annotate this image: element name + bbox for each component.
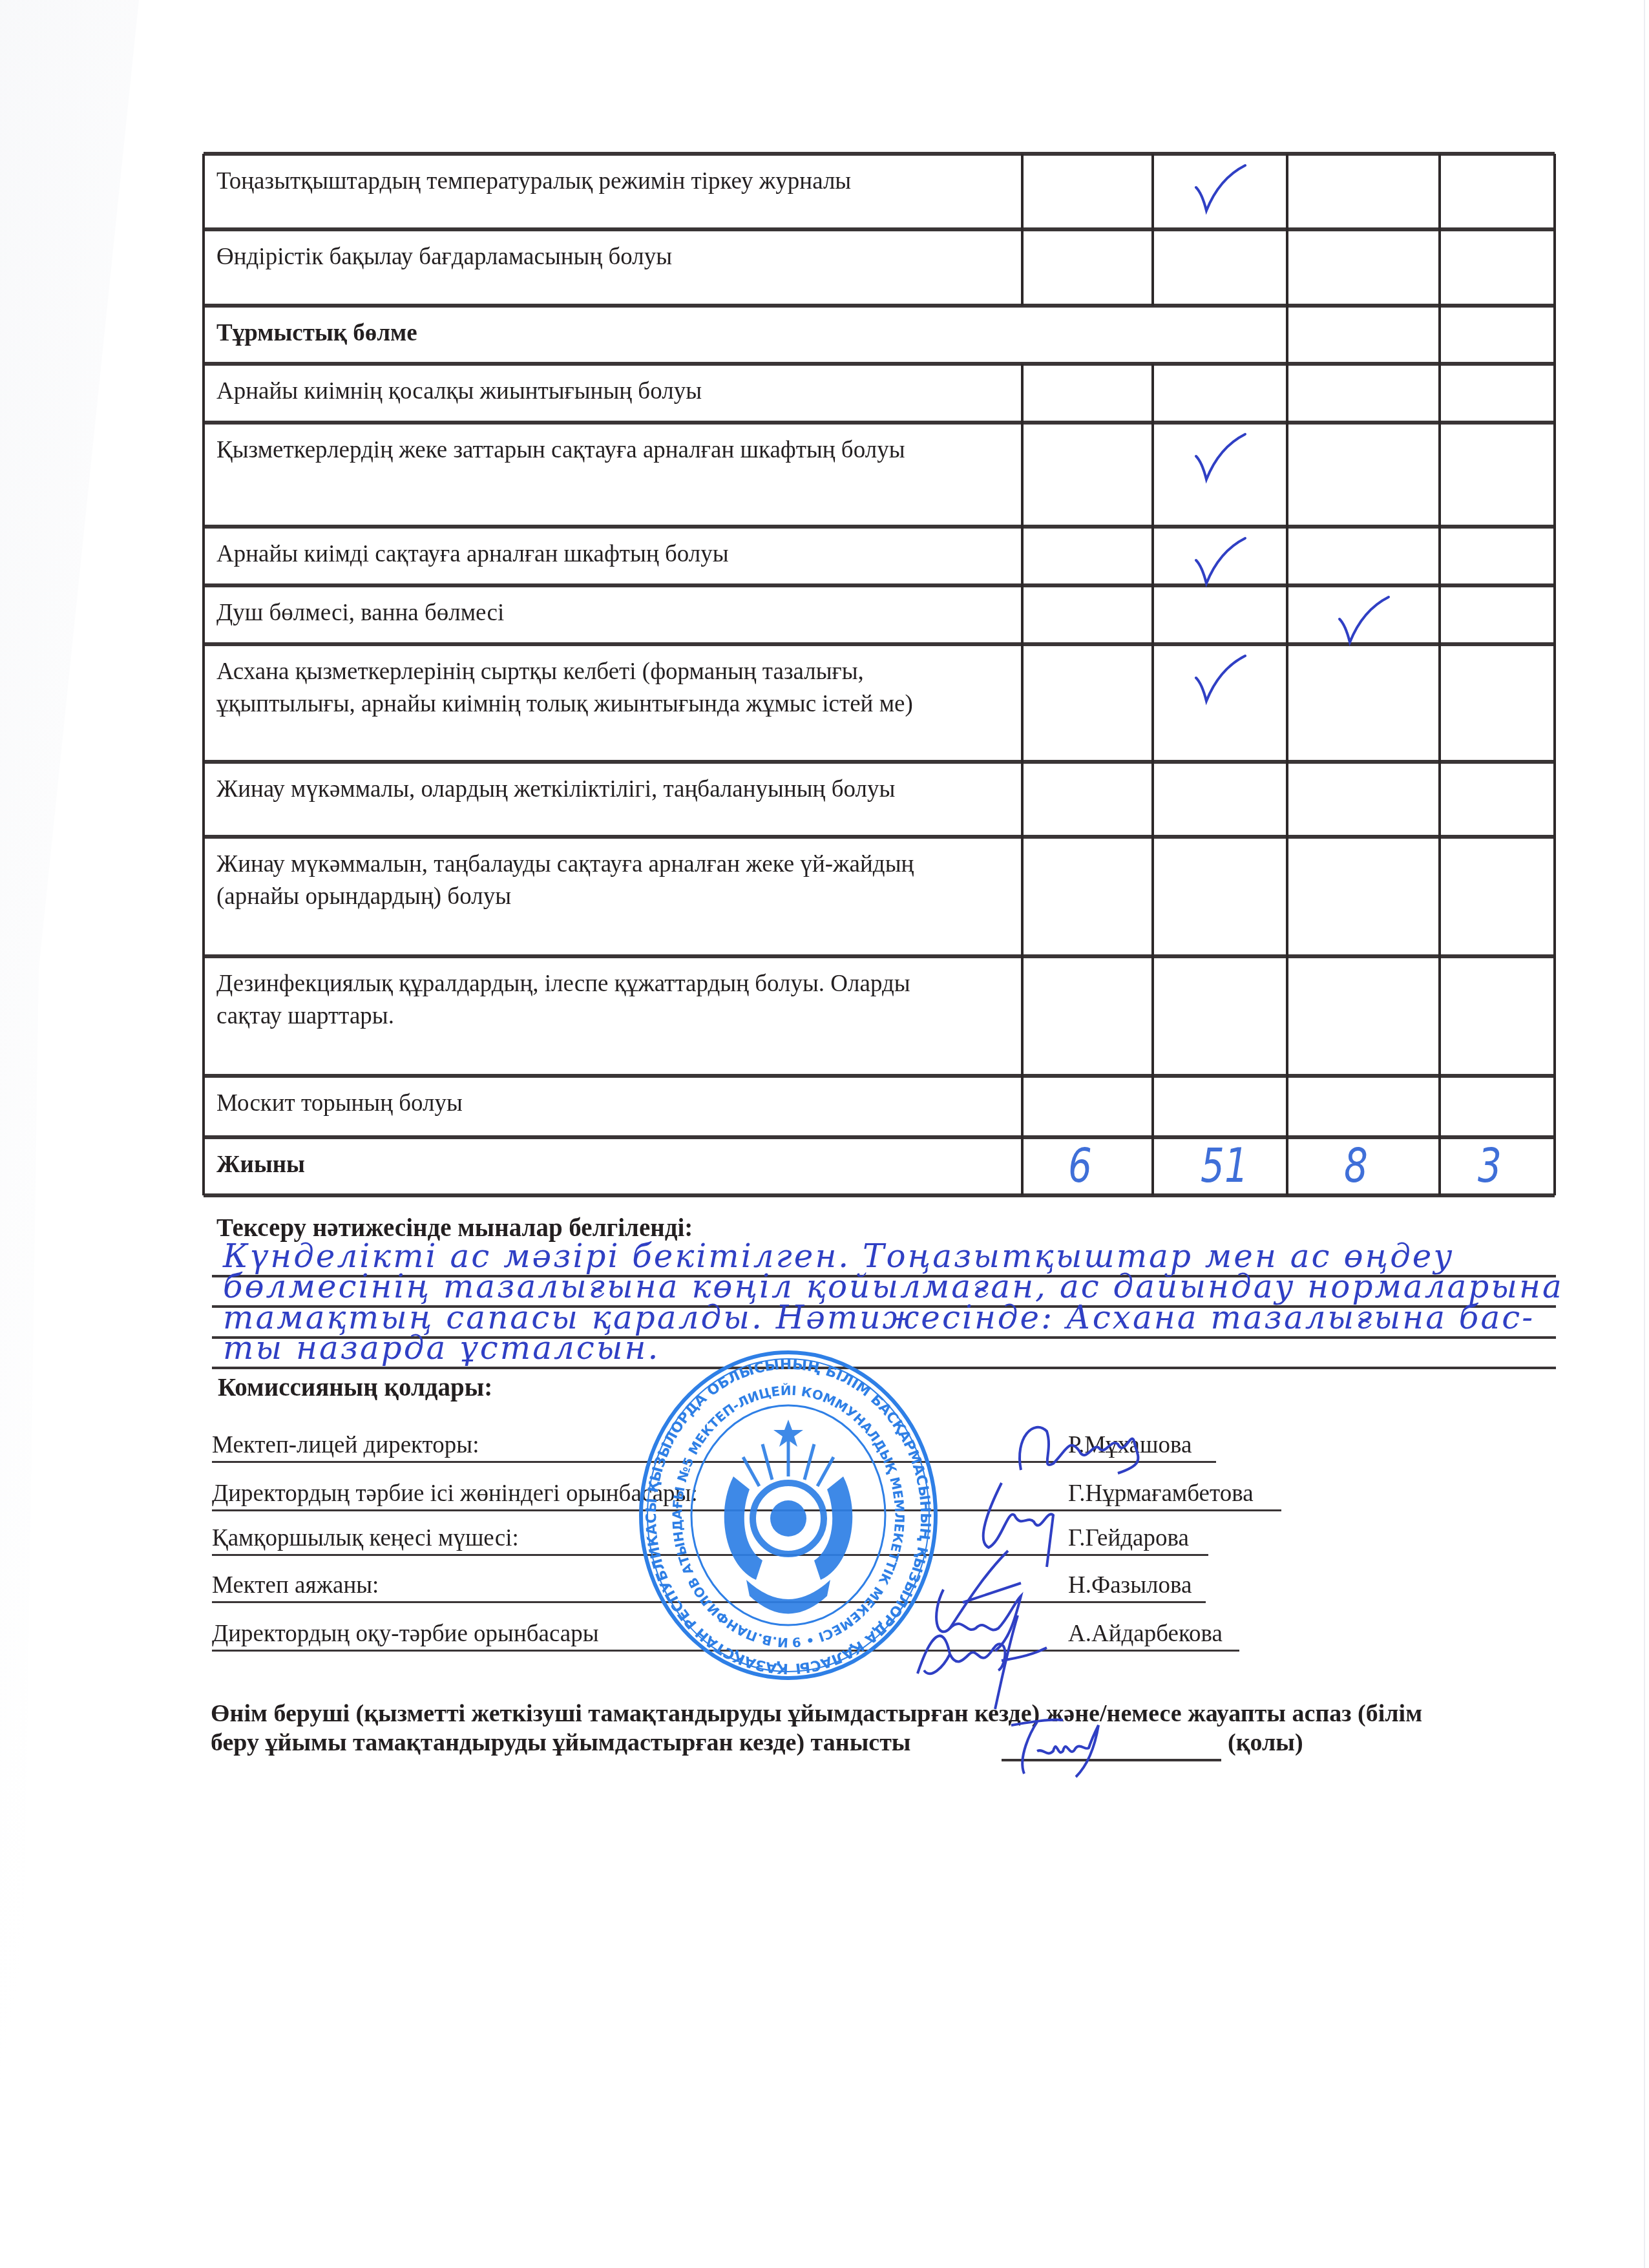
mark-cell[interactable] (1022, 1076, 1153, 1137)
checklist-item-label: Өндірістік бақылау бағдарламасының болуы (216, 241, 1011, 273)
mark-cell[interactable] (1153, 154, 1287, 229)
mark-cell[interactable] (1287, 229, 1440, 306)
checklist-item-label: Жинау мүкәммалы, олардың жеткіліктілігі,… (216, 773, 1011, 806)
total-value: 3 (1478, 1139, 1502, 1193)
table-column-border (202, 527, 205, 585)
mark-cell[interactable] (1153, 956, 1287, 1076)
mark-cell[interactable] (1440, 364, 1555, 423)
mark-cell[interactable] (1440, 229, 1555, 306)
table-column-border (202, 837, 205, 956)
mark-cell[interactable] (1287, 837, 1440, 956)
mark-cell[interactable] (1440, 423, 1555, 527)
table-column-border (202, 229, 205, 306)
checkmark-icon (1334, 594, 1392, 646)
checklist-item-label: Асхана қызметкерлерінің сыртқы келбеті (… (216, 656, 1011, 720)
table-column-border (202, 364, 205, 423)
mark-cell[interactable] (1022, 229, 1153, 306)
table-column-border (202, 1137, 205, 1195)
mark-cell[interactable] (1440, 956, 1555, 1076)
inspection-checklist-table: Тоңазытқыштардың температуралық режимін … (204, 154, 1555, 1195)
checklist-item-label: Қызметкерлердің жеке заттарын сақтауға а… (216, 434, 1011, 467)
table-column-border (202, 154, 205, 229)
mark-cell[interactable] (1022, 837, 1153, 956)
mark-cell[interactable] (1022, 762, 1153, 837)
mark-cell[interactable] (1287, 154, 1440, 229)
mark-cell[interactable] (1153, 527, 1287, 585)
checklist-item-label: Москит торының болуы (216, 1087, 1011, 1120)
table-column-border (202, 956, 205, 1076)
official-round-stamp: ҚАЗАҚСТАН РЕСПУБЛИКАСЫ ҚЫЗЫЛОРДА ОБЛЫСЫН… (636, 1347, 940, 1683)
mark-cell[interactable] (1153, 364, 1287, 423)
mark-cell[interactable] (1022, 585, 1153, 644)
footer-acknowledgement-line2: беру ұйымы тамақтандыруды ұйымдастырған … (211, 1728, 911, 1757)
mark-cell[interactable] (1153, 762, 1287, 837)
mark-cell[interactable] (1287, 1076, 1440, 1137)
table-column-border (1438, 1137, 1441, 1195)
table-column-border (1553, 1137, 1556, 1195)
commission-role: Мектеп аяжаны: (212, 1571, 379, 1599)
checkmark-icon (1191, 163, 1249, 215)
total-value: 6 (1068, 1139, 1092, 1193)
total-label: Жиыны (216, 1149, 1011, 1181)
mark-cell[interactable] (1022, 527, 1153, 585)
mark-cell[interactable] (1287, 423, 1440, 527)
commission-role: Директордың оқу-тәрбие орынбасары (212, 1620, 599, 1648)
section-header: Тұрмыстық бөлме (216, 317, 1011, 350)
mark-cell[interactable] (1153, 229, 1287, 306)
table-column-border (1286, 1137, 1288, 1195)
table-column-border (202, 1076, 205, 1137)
mark-cell[interactable] (1153, 837, 1287, 956)
commission-role: Мектеп-лицей директоры: (212, 1431, 479, 1459)
mark-cell[interactable] (1022, 364, 1153, 423)
checkmark-icon (1191, 432, 1249, 483)
checkmark-icon (1191, 536, 1249, 587)
mark-cell[interactable] (1153, 644, 1287, 762)
table-column-border (202, 585, 205, 644)
footer-signature-caption: (қолы) (1228, 1728, 1303, 1757)
mark-cell[interactable] (1287, 527, 1440, 585)
mark-cell[interactable] (1287, 956, 1440, 1076)
commission-heading: Комиссияның қолдары: (218, 1373, 492, 1402)
commission-member-name: А.Айдарбекова (1068, 1620, 1223, 1648)
mark-cell[interactable] (1287, 364, 1440, 423)
footer-acknowledgement-line1: Өнім беруші (қызметті жеткізуші тамақтан… (211, 1699, 1422, 1728)
mark-cell[interactable] (1440, 644, 1555, 762)
mark-cell[interactable] (1287, 762, 1440, 837)
mark-cell[interactable] (1440, 527, 1555, 585)
table-column-border (202, 762, 205, 837)
checklist-item-label: Жинау мүкәммалын, таңбалауды сақтауға ар… (216, 848, 1011, 913)
checklist-item-label: Тоңазытқыштардың температуралық режимін … (216, 165, 1011, 198)
table-column-border (202, 644, 205, 762)
mark-cell[interactable] (1153, 423, 1287, 527)
mark-cell[interactable] (1440, 1076, 1555, 1137)
handwritten-observation: ты назарда ұсталсын. (223, 1329, 660, 1367)
commission-role: Қамқоршылық кеңесі мүшесі: (212, 1524, 519, 1552)
total-value: 51 (1201, 1139, 1248, 1193)
mark-cell[interactable] (1440, 762, 1555, 837)
mark-cell[interactable] (1022, 423, 1153, 527)
mark-cell[interactable] (1287, 585, 1440, 644)
scan-edge (1644, 0, 1645, 2268)
commission-role: Директордың тәрбие ісі жөніндегі орынбас… (212, 1480, 698, 1507)
table-column-border (1021, 1137, 1024, 1195)
mark-cell[interactable] (1153, 1076, 1287, 1137)
mark-cell[interactable] (1440, 837, 1555, 956)
checkmark-icon (1191, 653, 1249, 705)
checklist-item-label: Дезинфекциялық құралдардың, ілеспе құжат… (216, 968, 1011, 1033)
mark-cell[interactable] (1022, 644, 1153, 762)
table-column-border (1151, 1137, 1154, 1195)
mark-cell[interactable] (1153, 585, 1287, 644)
table-column-border (202, 306, 205, 364)
stamp-emblem-icon: ҚАЗАҚСТАН РЕСПУБЛИКАСЫ ҚЫЗЫЛОРДА ОБЛЫСЫН… (636, 1347, 940, 1683)
table-row-border (204, 1193, 1555, 1197)
mark-cell[interactable] (1287, 644, 1440, 762)
mark-cell[interactable] (1022, 154, 1153, 229)
footer-line2-prefix: беру ұйымы тамақтандыруды ұйымдастырған … (211, 1729, 911, 1756)
signature-cook (998, 1712, 1128, 1787)
mark-cell[interactable] (1022, 956, 1153, 1076)
mark-cell[interactable] (1440, 154, 1555, 229)
mark-cell[interactable] (1287, 306, 1440, 364)
checklist-item-label: Арнайы киімді сақтауға арналған шкафтың … (216, 538, 1011, 571)
total-value: 8 (1344, 1139, 1368, 1193)
mark-cell[interactable] (1440, 306, 1555, 364)
mark-cell[interactable] (1440, 585, 1555, 644)
paper-fold-shadow (0, 0, 213, 2268)
checklist-item-label: Арнайы киімнің қосалқы жиынтығының болуы (216, 375, 1011, 408)
checklist-item-label: Душ бөлмесі, ванна бөлмесі (216, 597, 1011, 629)
table-column-border (202, 423, 205, 527)
